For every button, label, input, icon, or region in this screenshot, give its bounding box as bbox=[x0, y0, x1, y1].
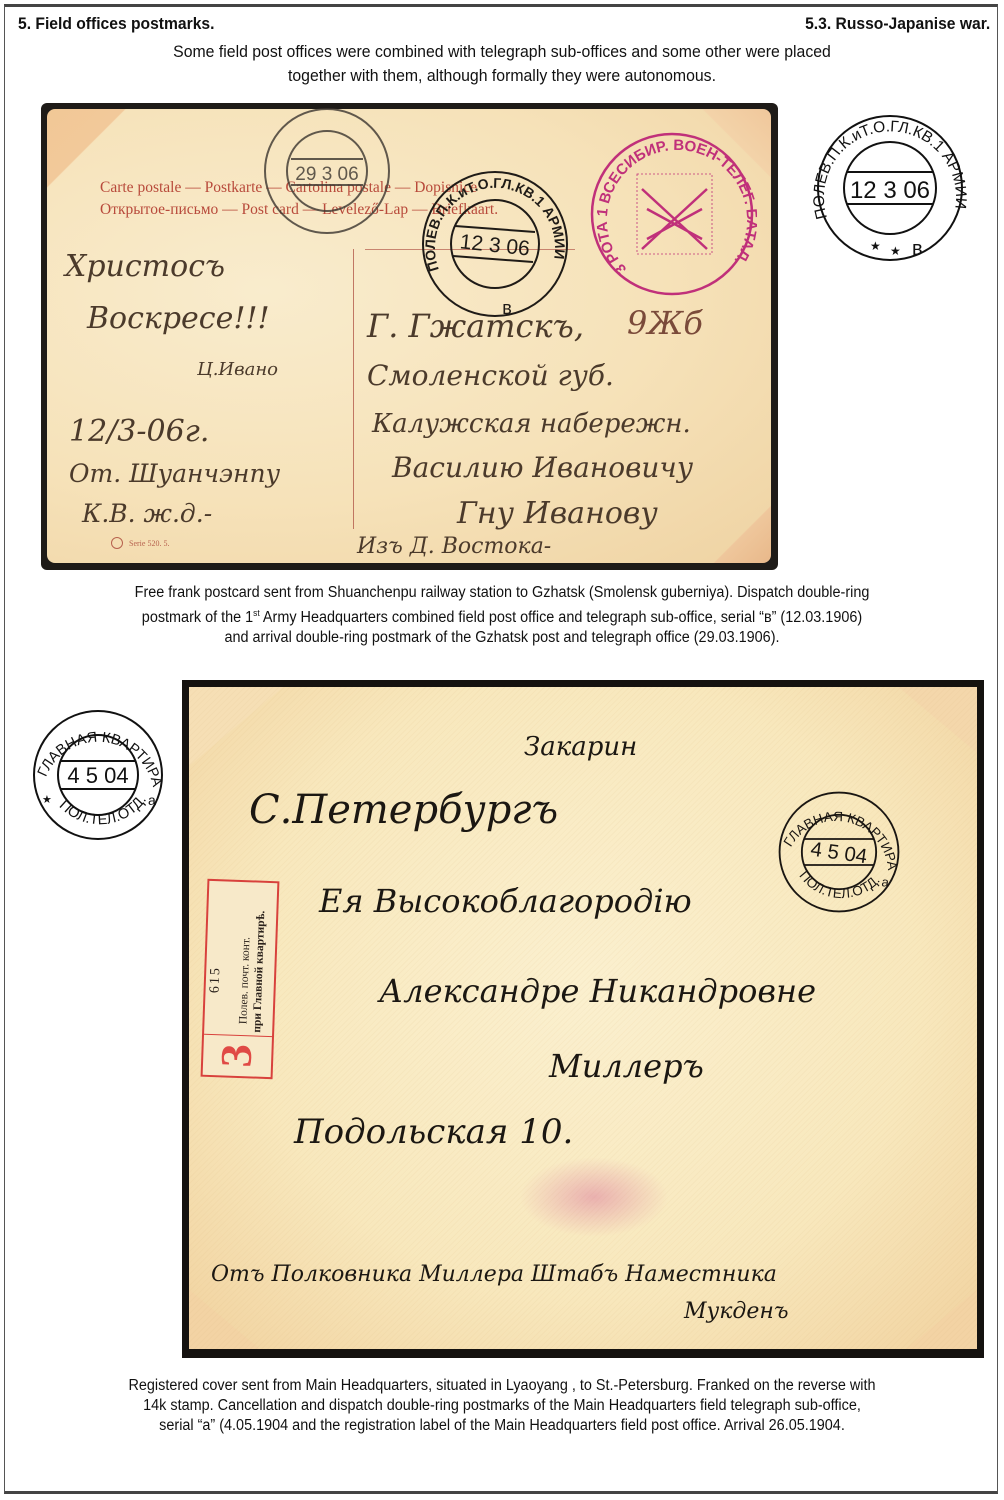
publisher-logo-icon bbox=[111, 537, 123, 549]
star-icon: ★ bbox=[870, 239, 881, 253]
drawing-1-serial: в bbox=[912, 238, 923, 260]
intro-line: together with them, although formally th… bbox=[35, 64, 969, 88]
battalion-cachet: 3 РОТА 1 ВСЕСИБИР. ВОЕН-ТЕЛЕГ. БАТАЛ. bbox=[587, 129, 757, 299]
handwriting: Мукденъ bbox=[684, 1299, 789, 1324]
handwriting: Воскресе!!! bbox=[87, 301, 270, 336]
svg-text:ПОЛ.ТЕЛ.ОТД.: ПОЛ.ТЕЛ.ОТД. bbox=[56, 792, 150, 828]
postcard-image: Carte postale — Postkarte — Cartolina po… bbox=[41, 103, 778, 570]
caption-line: Registered cover sent from Main Headquar… bbox=[35, 1376, 969, 1396]
drawing-2-serial: а bbox=[148, 792, 156, 808]
caption-line: serial “a” (4.05.1904 and the registrati… bbox=[35, 1416, 969, 1436]
caption-fragment: postmark of the 1 bbox=[142, 609, 253, 626]
registration-letter: З bbox=[217, 1044, 258, 1069]
drawing-1-outer-text: ПОЛЕВ.П.К.иТ.О.ГЛ.КВ.1 АРМИИ bbox=[811, 118, 969, 220]
arrival-postmark: 29 3 06 bbox=[257, 101, 397, 241]
intro-line: Some field post offices were combined wi… bbox=[35, 40, 969, 64]
postcard-divider bbox=[353, 249, 354, 529]
handwriting: Закарин bbox=[524, 732, 637, 762]
caption-fragment: Army Headquarters combined field post of… bbox=[260, 609, 862, 626]
svg-text:ПОЛ.ТЕЛ.ОТД.: ПОЛ.ТЕЛ.ОТД. bbox=[794, 862, 884, 907]
ink-smudge bbox=[519, 1157, 669, 1237]
handwriting: 12/3-06г. bbox=[69, 414, 209, 449]
caption-line: postmark of the 1st Army Headquarters co… bbox=[35, 603, 969, 628]
registered-cover-image: Закарин С.Петербургъ Ея Высокоблагородію… bbox=[182, 680, 984, 1358]
registration-letter-box: З bbox=[203, 1034, 272, 1077]
handwriting: С.Петербургъ bbox=[249, 787, 558, 833]
handwriting: Калужская набережн. bbox=[372, 409, 691, 439]
handwriting: Александре Никандровне bbox=[379, 972, 816, 1010]
handwriting: Ц.Ивано bbox=[197, 359, 278, 380]
handwriting: Миллеръ bbox=[549, 1047, 704, 1085]
handwriting: Ея Высокоблагородію bbox=[319, 882, 692, 920]
serie-label: Serie 520. 5. bbox=[129, 539, 169, 548]
handwriting: Смоленской губ. bbox=[367, 359, 614, 392]
dispatch-date: 12 3 06 bbox=[459, 230, 531, 260]
cover-paper: Закарин С.Петербургъ Ея Высокоблагородію… bbox=[189, 687, 977, 1349]
handwriting: Подольская 10. bbox=[294, 1112, 573, 1152]
star-icon: ★ bbox=[890, 244, 901, 258]
handwriting: 9Жб bbox=[627, 304, 703, 342]
cover-caption: Registered cover sent from Main Headquar… bbox=[35, 1376, 969, 1436]
handwriting: К.В. ж.д.- bbox=[82, 499, 212, 528]
handwriting: Христосъ bbox=[65, 249, 225, 284]
postcard-caption: Free frank postcard sent from Shuanchenp… bbox=[35, 583, 969, 648]
drawing-2-date: 4 5 04 bbox=[67, 763, 128, 788]
drawing-2-bottom-text: ПОЛ.ТЕЛ.ОТД. bbox=[56, 792, 150, 828]
drawing-1-date: 12 3 06 bbox=[850, 177, 930, 204]
registration-label: 615 Полев. почт. конт. при Главной кварт… bbox=[201, 879, 280, 1079]
svg-text:ПОЛЕВ.П.К.иТ.О.ГЛ.КВ.1 АРМИИ: ПОЛЕВ.П.К.иТ.О.ГЛ.КВ.1 АРМИИ bbox=[811, 118, 969, 220]
cover-postmark-bottom-text: ПОЛ.ТЕЛ.ОТД. bbox=[794, 862, 884, 907]
star-icon: ★ bbox=[42, 794, 52, 806]
caption-line: 14k stamp. Cancellation and dispatch dou… bbox=[35, 1396, 969, 1416]
caption-line: Free frank postcard sent from Shuanchenp… bbox=[35, 583, 969, 603]
subsection-title: 5.3. Russo-Japanise war. bbox=[805, 14, 990, 34]
cover-postmark-date: 4 5 04 bbox=[809, 839, 868, 869]
handwriting: Отъ Полковника Миллера Штабъ Наместника bbox=[211, 1262, 777, 1287]
postmark-drawing-main-hq: ГЛАВНАЯ КВАРТИРА ПОЛ.ТЕЛ.ОТД. 4 5 04 ★ а bbox=[28, 705, 168, 845]
handwriting: Гну Иванову bbox=[457, 496, 658, 531]
caption-line: and arrival double-ring postmark of the … bbox=[35, 628, 969, 648]
handwriting: От. Шуанчэнпу bbox=[69, 459, 280, 488]
cover-dispatch-postmark: ГЛАВНАЯ КВАРТИРА ПОЛ.ТЕЛ.ОТД. 4 5 04 а bbox=[774, 787, 904, 917]
handwriting: Изъ Д. Востока- bbox=[357, 534, 551, 559]
intro-text: Some field post offices were combined wi… bbox=[35, 40, 969, 88]
postcard-paper: Carte postale — Postkarte — Cartolina po… bbox=[47, 109, 771, 563]
section-title: 5. Field offices postmarks. bbox=[18, 14, 214, 34]
handwriting: Василию Ивановичу bbox=[392, 451, 693, 484]
registration-office: Полев. почт. конт. при Главной квартирѣ. bbox=[208, 881, 269, 1033]
svg-text:3 РОТА 1 ВСЕСИБИР. ВОЕН-ТЕЛЕГ.: 3 РОТА 1 ВСЕСИБИР. ВОЕН-ТЕЛЕГ. БАТАЛ. bbox=[594, 137, 757, 278]
arrival-date: 29 3 06 bbox=[295, 164, 358, 185]
dispatch-postmark: ПОЛЕВ.П.К.иТ.О.ГЛ.КВ.1 АРМИИ 12 3 06 в bbox=[415, 164, 575, 324]
postmark-drawing-army: ПОЛЕВ.П.К.иТ.О.ГЛ.КВ.1 АРМИИ 12 3 06 ★ ★… bbox=[810, 110, 970, 265]
cachet-outer-text: 3 РОТА 1 ВСЕСИБИР. ВОЕН-ТЕЛЕГ. БАТАЛ. bbox=[594, 137, 757, 278]
dispatch-serial: в bbox=[502, 298, 512, 318]
